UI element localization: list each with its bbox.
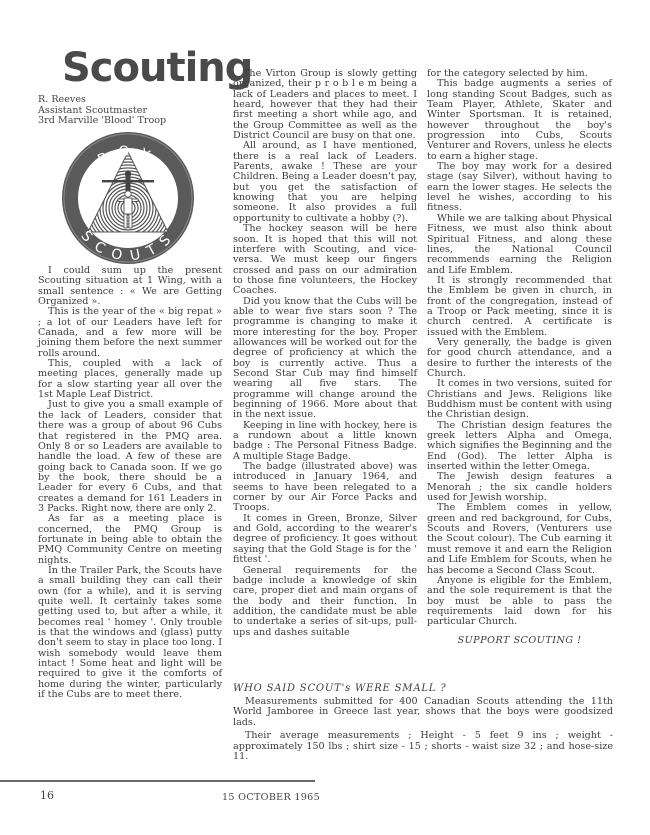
paragraph: This, coupled with a lack of meeting pla…	[38, 359, 222, 400]
paragraph: Their average measurements ; Height - 5 …	[233, 731, 613, 762]
issue-date: 15 OCTOBER 1965	[222, 792, 320, 803]
article-column-1: I could sum up the present Scouting situ…	[38, 266, 222, 700]
sidebar-story: Measurements submitted for 400 Canadian …	[233, 697, 613, 765]
footer-divider	[0, 780, 315, 782]
paragraph: The Jewish design features a Menorah ; t…	[427, 472, 612, 503]
paragraph: The boy may work for a desired stage (sa…	[427, 162, 612, 214]
paragraph: It comes in Green, Bronze, Silver and Go…	[233, 514, 417, 566]
paragraph: This is the year of the « big repat » ; …	[38, 307, 222, 359]
article-column-3: for the category selected by him. This b…	[427, 69, 612, 646]
closing-slogan: SUPPORT SCOUTING !	[427, 636, 612, 646]
paragraph: The hockey season will be here soon. It …	[233, 224, 417, 296]
sidebar-story-heading: WHO SAID SCOUT's WERE SMALL ?	[233, 683, 446, 694]
paragraph: This badge augments a series of long sta…	[427, 79, 612, 162]
paragraph: I could sum up the present Scouting situ…	[38, 266, 222, 307]
paragraph: In the Trailer Park, the Scouts have a s…	[38, 566, 222, 700]
paragraph: As far as a meeting place is concerned, …	[38, 514, 222, 566]
paragraph: Measurements submitted for 400 Canadian …	[233, 697, 613, 728]
paragraph: Did you know that the Cubs will be able …	[233, 297, 417, 421]
author-name: R. Reeves	[38, 95, 166, 106]
paragraph: Very generally, the badge is given for g…	[427, 338, 612, 379]
paragraph: The Virton Group is slowly getting organ…	[233, 69, 417, 141]
paragraph: The badge (illustrated above) was introd…	[233, 462, 417, 514]
article-title: Scouting	[62, 48, 252, 88]
paragraph: It is strongly recommended that the Embl…	[427, 276, 612, 338]
paragraph: General requirements for the badge inclu…	[233, 566, 417, 638]
byline: R. Reeves Assistant Scoutmaster 3rd Marv…	[38, 95, 166, 127]
paragraph: The Emblem comes in yellow, green and re…	[427, 503, 612, 575]
page-number: 16	[40, 789, 54, 802]
paragraph: All around, as I have mentioned, there i…	[233, 141, 417, 224]
boy-scouts-emblem-icon: BOY SCOUTS	[58, 128, 198, 268]
article-column-2: The Virton Group is slowly getting organ…	[233, 69, 417, 638]
author-troop: 3rd Marville 'Blood' Troop	[38, 116, 166, 127]
paragraph: It comes in two versions, suited for Chr…	[427, 379, 612, 420]
paragraph: Just to give you a small example of the …	[38, 400, 222, 514]
paragraph: While we are talking about Physical Fitn…	[427, 214, 612, 276]
paragraph: Anyone is eligible for the Emblem, and t…	[427, 576, 612, 628]
paragraph: Keeping in line with hockey, here is a r…	[233, 421, 417, 462]
paragraph: The Christian design features the greek …	[427, 421, 612, 473]
